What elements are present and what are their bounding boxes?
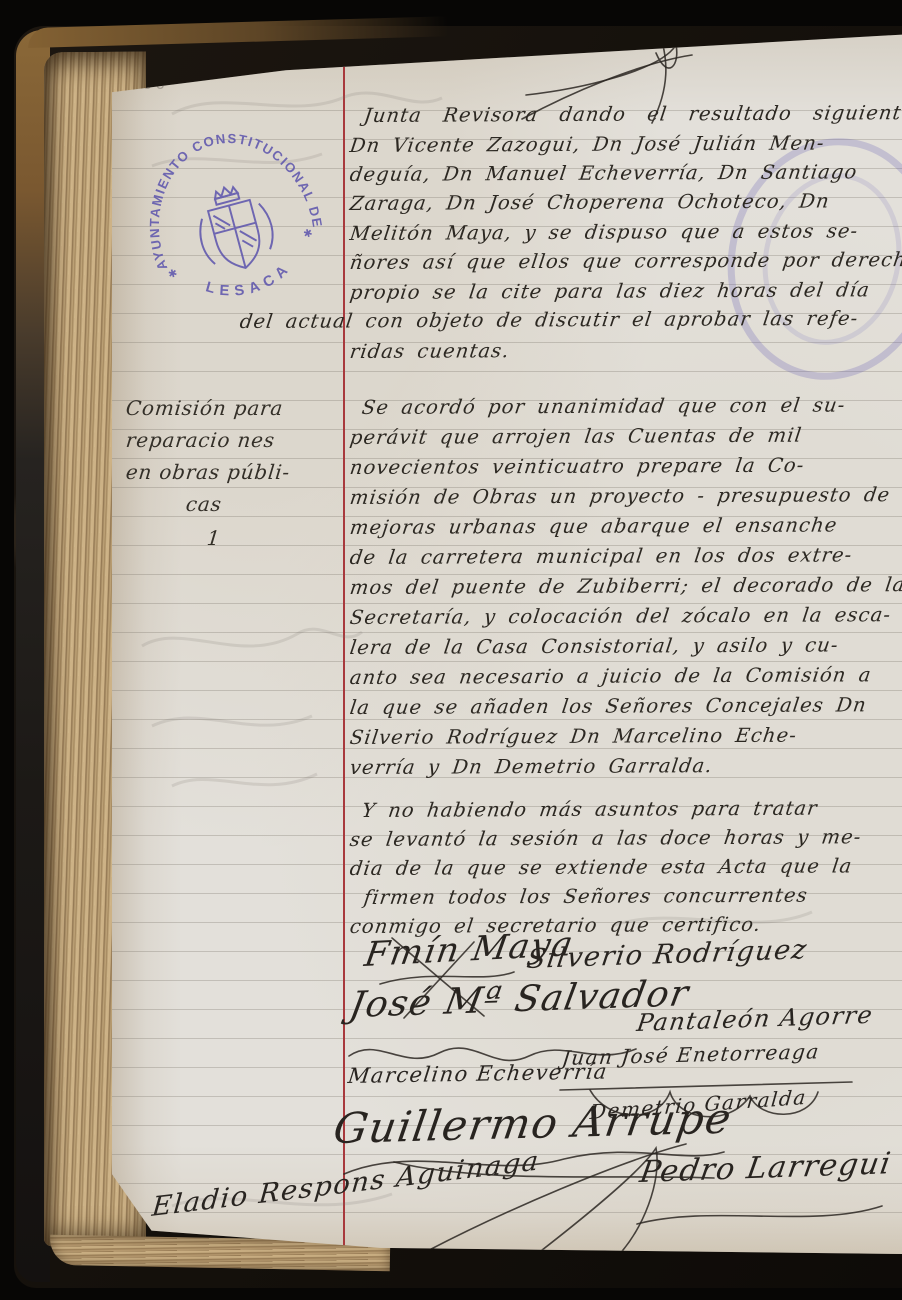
manuscript-line: Y no habiendo más asuntos para tratar [361,799,819,821]
manuscript-line: firmen todos los Señores concurrentes [363,886,810,908]
margin-note-numeral: 1 [206,528,222,548]
manuscript-line: Secretaría, y colocación del zócalo en l… [349,605,893,627]
manuscript-line: Silverio Rodríguez Dn Marcelino Eche- [349,726,799,748]
manuscript-line: propio se la cite para las diez horas de… [349,280,872,302]
manuscript-line: Se acordó por unanimidad que con el su- [361,395,847,417]
margin-note-line: en obras públi- [125,462,291,482]
manuscript-line: se levantó la sesión a las doce horas y … [349,827,863,849]
scanned-ledger-photo: 60 AYUNTAMIENTO CONSTITUCIONAL DE LESACA [0,0,902,1300]
manuscript-line: mos del puente de Zubiberri; el decorado… [349,575,902,597]
margin-note-line: cas [185,494,223,514]
manuscript-line: dia de la que se extiende esta Acta que … [349,856,854,878]
manuscript-page: 60 AYUNTAMIENTO CONSTITUCIONAL DE LESACA [112,26,902,1254]
manuscript-line: lera de la Casa Consistorial, y asilo y … [349,635,840,657]
manuscript-line: Zaraga, Dn José Choperena Ochoteco, Dn [349,191,831,213]
manuscript-line: perávit que arrojen las Cuentas de mil [349,426,804,448]
municipal-stamp: AYUNTAMIENTO CONSTITUCIONAL DE LESACA ✱ … [138,134,334,330]
stamp-shield [189,178,280,277]
manuscript-line: Junta Revisora dando el resultado siguie… [363,103,902,125]
manuscript-line: novecientos veinticuatro prepare la Co- [349,456,806,478]
manuscript-line: Melitón Maya, y se dispuso que a estos s… [349,221,860,243]
manuscript-line: ñores así que ellos que corresponde por … [349,250,902,272]
manuscript-line: del actual con objeto de discutir el apr… [239,309,860,332]
manuscript-line: deguía, Dn Manuel Echeverría, Dn Santiag… [349,162,859,184]
larregui-underline-flourish [632,1194,892,1234]
manuscript-line: de la carretera municipal en los dos ext… [349,545,854,567]
margin-note-line: reparacio nes [125,430,276,450]
enetorreaga-underline-flourish [550,1062,880,1132]
manuscript-line: mejoras urbanas que abarque el ensanche [349,515,839,537]
manuscript-line: anto sea necesario a juicio de la Comisi… [349,665,873,687]
stamp-top-text: AYUNTAMIENTO CONSTITUCIONAL DE [124,111,326,273]
manuscript-line: la que se añaden los Señores Concejales … [349,695,868,717]
maya-rubric-flourish [362,926,532,1021]
manuscript-line: Dn Vicente Zazogui, Dn José Julián Men- [349,134,826,156]
manuscript-line: ridas cuentas. [349,341,511,361]
manuscript-line: verría y Dn Demetrio Garralda. [349,756,714,777]
stamp-star-left: ✱ [167,266,179,281]
manuscript-line: misión de Obras un proyecto - presupuest… [349,485,892,507]
margin-note-line: Comisión para [125,398,284,418]
